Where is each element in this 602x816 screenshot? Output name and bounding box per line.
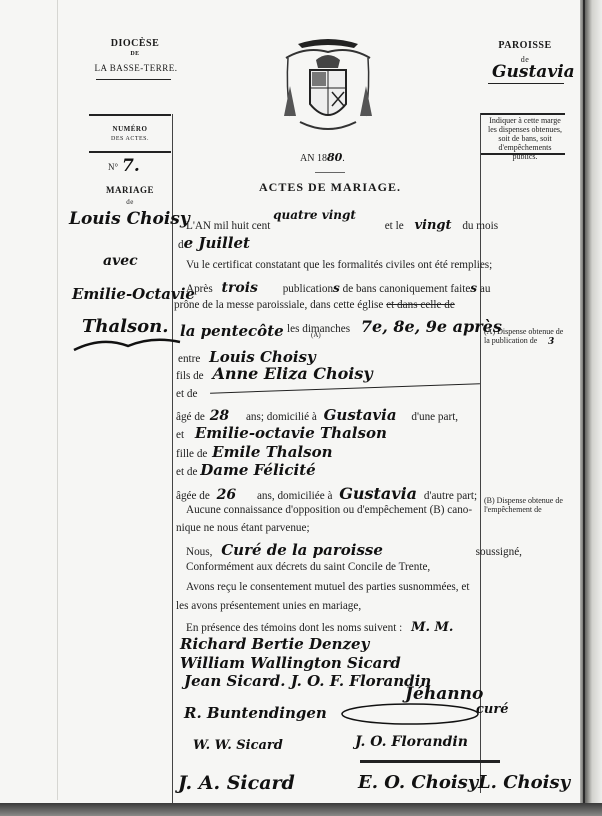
year-line: AN 1880. — [300, 151, 345, 164]
signature-1: R. Buntendingen — [184, 704, 327, 722]
line-9: fils de Anne Eliza Choisy — [176, 364, 373, 383]
text: fils de — [176, 370, 204, 382]
act-number-value: 7. — [122, 156, 140, 176]
divider — [360, 760, 500, 763]
page-title: ACTES DE MARIAGE. — [250, 180, 410, 195]
bride-name-body: Emilie-octavie Thalson — [195, 424, 387, 442]
bride-mother: Dame Félicité — [200, 461, 315, 479]
line-4: Après trois publications de bans canoniq… — [186, 280, 490, 296]
signature-2: W. W. Sicard — [193, 738, 283, 753]
text: du mois — [462, 220, 498, 232]
line-15: âgée de 26 ans, domiciliée à Gustavia d'… — [176, 484, 477, 503]
divider — [481, 113, 565, 115]
divider — [488, 83, 564, 84]
flourish-icon — [72, 334, 182, 354]
line-16: Aucune connaissance d'opposition ou d'em… — [186, 504, 472, 516]
handwritten-day: vingt — [414, 218, 451, 233]
year-suffix: . — [342, 153, 345, 164]
year-handwritten: 80 — [327, 151, 342, 164]
handwritten-count: trois — [222, 280, 258, 296]
diocese-de: DE — [120, 51, 150, 57]
text: publication — [283, 283, 333, 295]
line-21: les avons présentement unies en mariage, — [176, 600, 361, 612]
line-17: nique ne nous étant parvenue; — [176, 522, 310, 534]
line-20: Avons reçu le consentement mutuel des pa… — [186, 581, 469, 593]
act-number-header: NUMÉRO — [100, 125, 160, 133]
struck-line — [210, 383, 480, 393]
diocese-name: LA BASSE-TERRE. — [86, 63, 186, 73]
mariage-de: de — [120, 198, 140, 206]
line-5: prône de la messe paroissiale, dans cett… — [174, 299, 455, 311]
groom-name: Louis Choisy — [69, 209, 190, 229]
line-1: L'AN mil huit cent quatre vingt et le vi… — [186, 218, 498, 233]
text: âgée de — [176, 490, 210, 502]
text: Nous, — [186, 546, 212, 558]
episcopal-coat-of-arms-icon — [276, 36, 380, 148]
signature-6: L. Choisy — [478, 772, 570, 793]
witnesses-mm: M. M. — [411, 620, 453, 635]
text: fille de — [176, 448, 207, 460]
signature-4: J. A. Sicard — [178, 772, 295, 794]
note-a-marker: (A) — [311, 331, 321, 339]
divider — [89, 114, 171, 116]
text: En présence des témoins dont les noms su… — [186, 622, 402, 634]
line-18: Nous, Curé de la paroisse soussigné, — [186, 541, 522, 559]
groom-residence: Gustavia — [324, 406, 397, 424]
witness-1: Richard Bertie Denzey — [180, 635, 369, 653]
line-22: En présence des témoins dont les noms su… — [186, 620, 453, 635]
handwritten-year: quatre vingt — [273, 208, 356, 222]
parish-title: PAROISSE — [495, 40, 555, 51]
text: et — [176, 429, 184, 441]
text: de bans canoniquement faite — [343, 283, 471, 295]
line-2: de Juillet — [178, 234, 250, 252]
book-spine-edge — [583, 0, 585, 816]
diocese-title: DIOCÈSE — [100, 38, 170, 49]
text: âgé de — [176, 411, 205, 423]
bride-age: 26 — [217, 487, 236, 503]
handwritten-pentecost: la pentecôte — [180, 322, 284, 340]
line-11: âgé de 28 ans; domicilié à Gustavia d'un… — [176, 406, 458, 424]
text: prône de la messe paroissiale, dans cett… — [174, 299, 383, 311]
text: et le — [385, 220, 404, 232]
line-12: et Emilie-octavie Thalson — [176, 424, 387, 442]
line-10: et de — [176, 388, 197, 400]
line-14: et de Dame Félicité — [176, 461, 316, 479]
groom-age: 28 — [210, 408, 229, 424]
signature-flourish-icon — [340, 700, 500, 730]
divider — [89, 151, 171, 153]
divider — [96, 79, 171, 80]
text: L'AN mil huit cent — [186, 220, 270, 232]
avec-label: avec — [103, 253, 138, 269]
text: d'une part, — [411, 411, 458, 423]
line-13: fille de Emile Thalson — [176, 443, 332, 461]
handwritten-month: e Juillet — [184, 234, 250, 252]
handwritten-s: s — [470, 281, 477, 295]
text: Après — [186, 283, 213, 295]
text: d'autre part; — [424, 490, 477, 502]
act-number-label: N° — [108, 162, 118, 172]
text: au — [480, 283, 491, 295]
line-19: Conformément aux décrets du saint Concil… — [186, 561, 430, 573]
bride-residence: Gustavia — [339, 484, 417, 503]
register-page: DIOCÈSE DE LA BASSE-TERRE. AN 1880. ACTE… — [0, 0, 602, 816]
text: ans; domicilié à — [246, 411, 317, 423]
margin-note-a-value: 3 — [548, 337, 554, 347]
struck-text: et dans celle de — [386, 299, 455, 311]
handwritten-sundays: 7e, 8e, 9e après — [361, 317, 502, 336]
officiant-title: Curé de la paroisse — [221, 541, 383, 559]
scan-bottom-edge — [0, 803, 602, 816]
text: ans, domiciliée à — [257, 490, 333, 502]
witness-3: Jean Sicard. J. O. F. Florandin — [184, 672, 431, 690]
mariage-label: MARIAGE — [95, 185, 165, 195]
bride-father: Emile Thalson — [212, 443, 332, 461]
signature-3: J. O. Florandin — [355, 734, 468, 750]
handwritten-s: s — [333, 281, 340, 295]
divider — [315, 172, 345, 173]
signature-5: E. O. Choisy — [358, 772, 478, 793]
act-number-header-2: DES ACTES. — [95, 136, 165, 142]
margin-note-b: (B) Dispense obtenue de l'empêchement de — [484, 496, 574, 514]
divider — [481, 153, 565, 155]
text: soussigné, — [476, 546, 522, 558]
parish-name: Gustavia — [492, 62, 575, 82]
year-prefix: AN 18 — [300, 153, 327, 164]
page-fold — [57, 0, 58, 800]
groom-parent: Anne Eliza Choisy — [212, 364, 372, 383]
witness-2: William Wallington Sicard — [180, 654, 401, 672]
text: et de — [176, 466, 197, 478]
line-3: Vu le certificat constatant que les form… — [186, 259, 492, 271]
